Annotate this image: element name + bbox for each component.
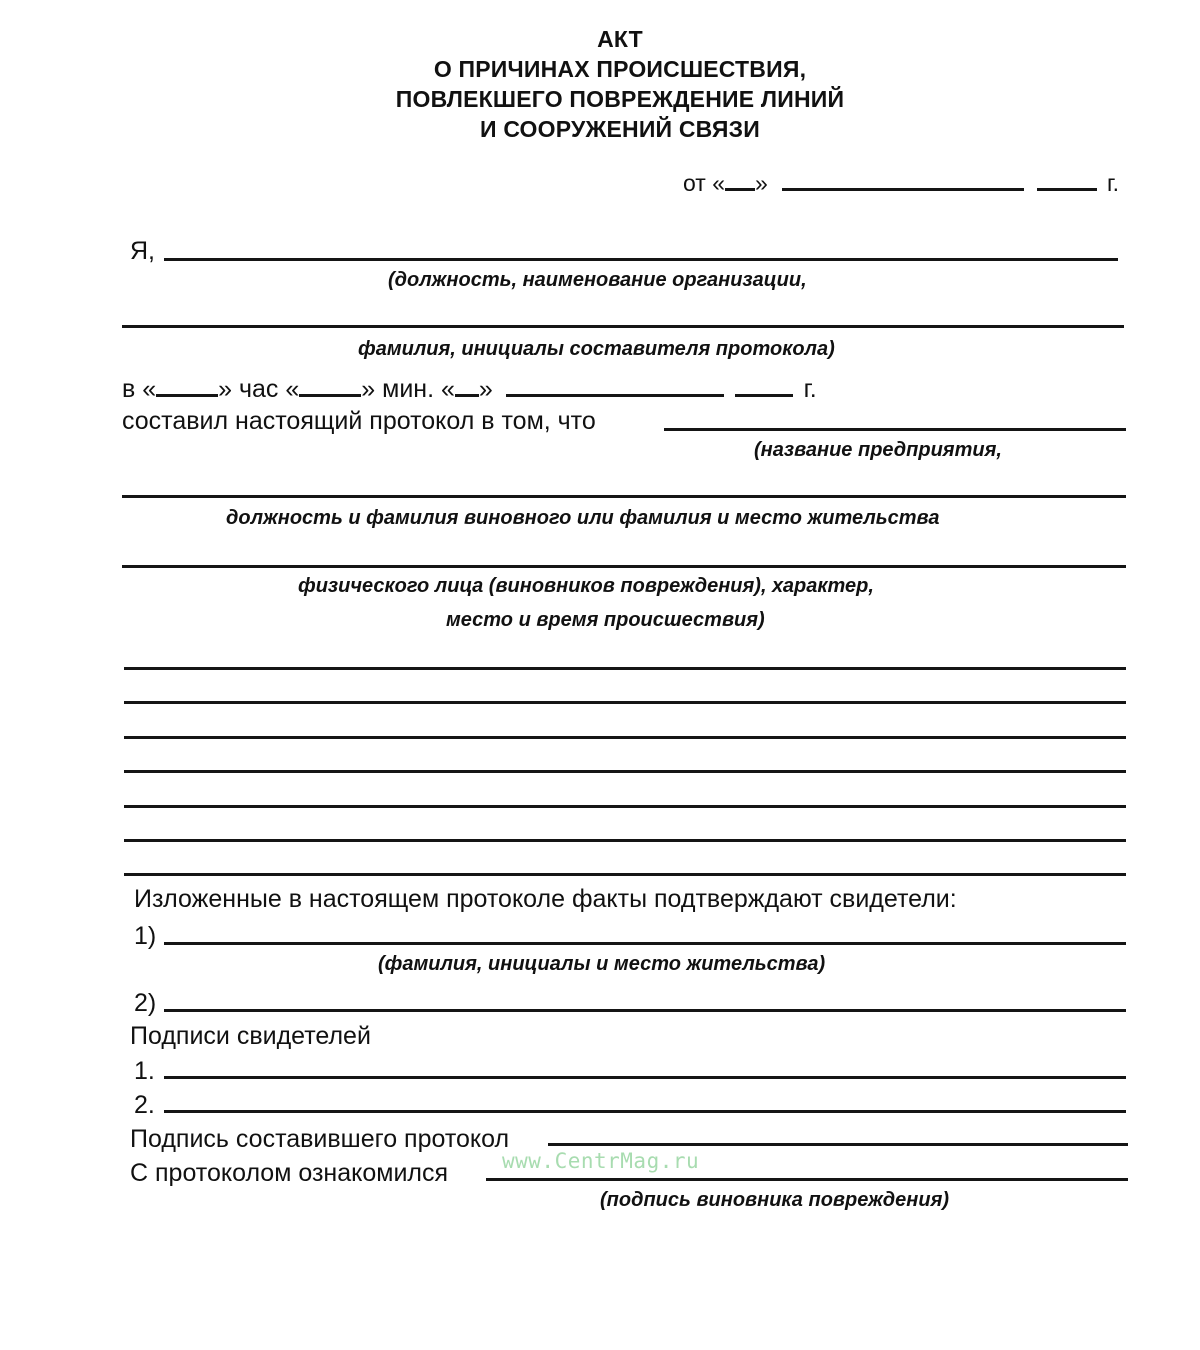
date-quote-close: » [755,170,768,196]
statement-enterprise-field[interactable] [664,428,1126,431]
compiler-signature-field[interactable] [548,1143,1128,1146]
date-prefix: от « [683,170,725,196]
title-line-1: АКТ [0,24,1200,54]
date-day-field[interactable] [725,166,755,191]
acknowledged-caption: (подпись виновника повреждения) [600,1187,949,1213]
details-line-5[interactable] [124,805,1126,808]
witness-signature-1-field[interactable] [164,1076,1126,1079]
time-month-field[interactable] [506,372,724,397]
statement-text: составил настоящий протокол в том, что [122,406,596,436]
statement-caption-3: физического лица (виновников повреждения… [298,573,874,599]
witnesses-intro: Изложенные в настоящем протоколе факты п… [134,884,957,914]
witness-signature-2-label: 2. [134,1090,155,1120]
time-minute-label: » мин. « [361,375,455,403]
date-year-suffix: г. [1107,170,1119,196]
details-line-1[interactable] [124,667,1126,670]
acknowledged-label: С протоколом ознакомился [130,1158,448,1188]
author-caption-2: фамилия, инициалы составителя протокола) [358,336,835,362]
details-line-2[interactable] [124,701,1126,704]
author-prefix: Я, [130,236,155,266]
author-name-field[interactable] [122,325,1124,328]
acknowledged-signature-field[interactable] [486,1178,1128,1181]
time-year-field[interactable] [735,372,793,397]
title-line-4: И СООРУЖЕНИЙ СВЯЗИ [0,114,1200,144]
document-title: АКТ О ПРИЧИНАХ ПРОИСШЕСТВИЯ, ПОВЛЕКШЕГО … [0,24,1200,144]
statement-field-2[interactable] [122,495,1126,498]
watermark: www.CentrMag.ru [502,1149,699,1173]
statement-caption-4: место и время происшествия) [446,607,765,633]
author-caption-1: (должность, наименование организации, [388,267,807,293]
details-line-7[interactable] [124,873,1126,876]
title-line-3: ПОВЛЕКШЕГО ПОВРЕЖДЕНИЕ ЛИНИЙ [0,84,1200,114]
details-line-4[interactable] [124,770,1126,773]
time-day-close: » [479,375,493,403]
witness-signatures-heading: Подписи свидетелей [130,1021,371,1051]
details-line-3[interactable] [124,736,1126,739]
date-line: от «» г. [683,166,1119,198]
statement-field-3[interactable] [122,565,1126,568]
witness-1-label: 1) [134,921,156,951]
author-position-field[interactable] [164,258,1118,261]
date-month-field[interactable] [782,166,1024,191]
date-year-field[interactable] [1037,166,1097,191]
witness-signature-2-field[interactable] [164,1110,1126,1113]
witness-1-field[interactable] [164,942,1126,945]
time-hour-label: » час « [218,375,299,403]
statement-caption-1: (название предприятия, [754,437,1002,463]
witness-2-label: 2) [134,988,156,1018]
compiler-signature-label: Подпись составившего протокол [130,1124,509,1154]
title-line-2: О ПРИЧИНАХ ПРОИСШЕСТВИЯ, [0,54,1200,84]
time-hour-field[interactable] [156,372,218,397]
witness-2-field[interactable] [164,1009,1126,1012]
time-line: в «» час «» мин. «» г. [122,372,817,404]
time-v: в « [122,375,156,403]
time-minute-field[interactable] [299,372,361,397]
statement-caption-2: должность и фамилия виновного или фамили… [226,505,940,531]
details-line-6[interactable] [124,839,1126,842]
witness-1-caption: (фамилия, инициалы и место жительства) [378,951,825,977]
time-day-field[interactable] [455,372,479,397]
time-year-suffix: г. [804,375,817,403]
witness-signature-1-label: 1. [134,1056,155,1086]
